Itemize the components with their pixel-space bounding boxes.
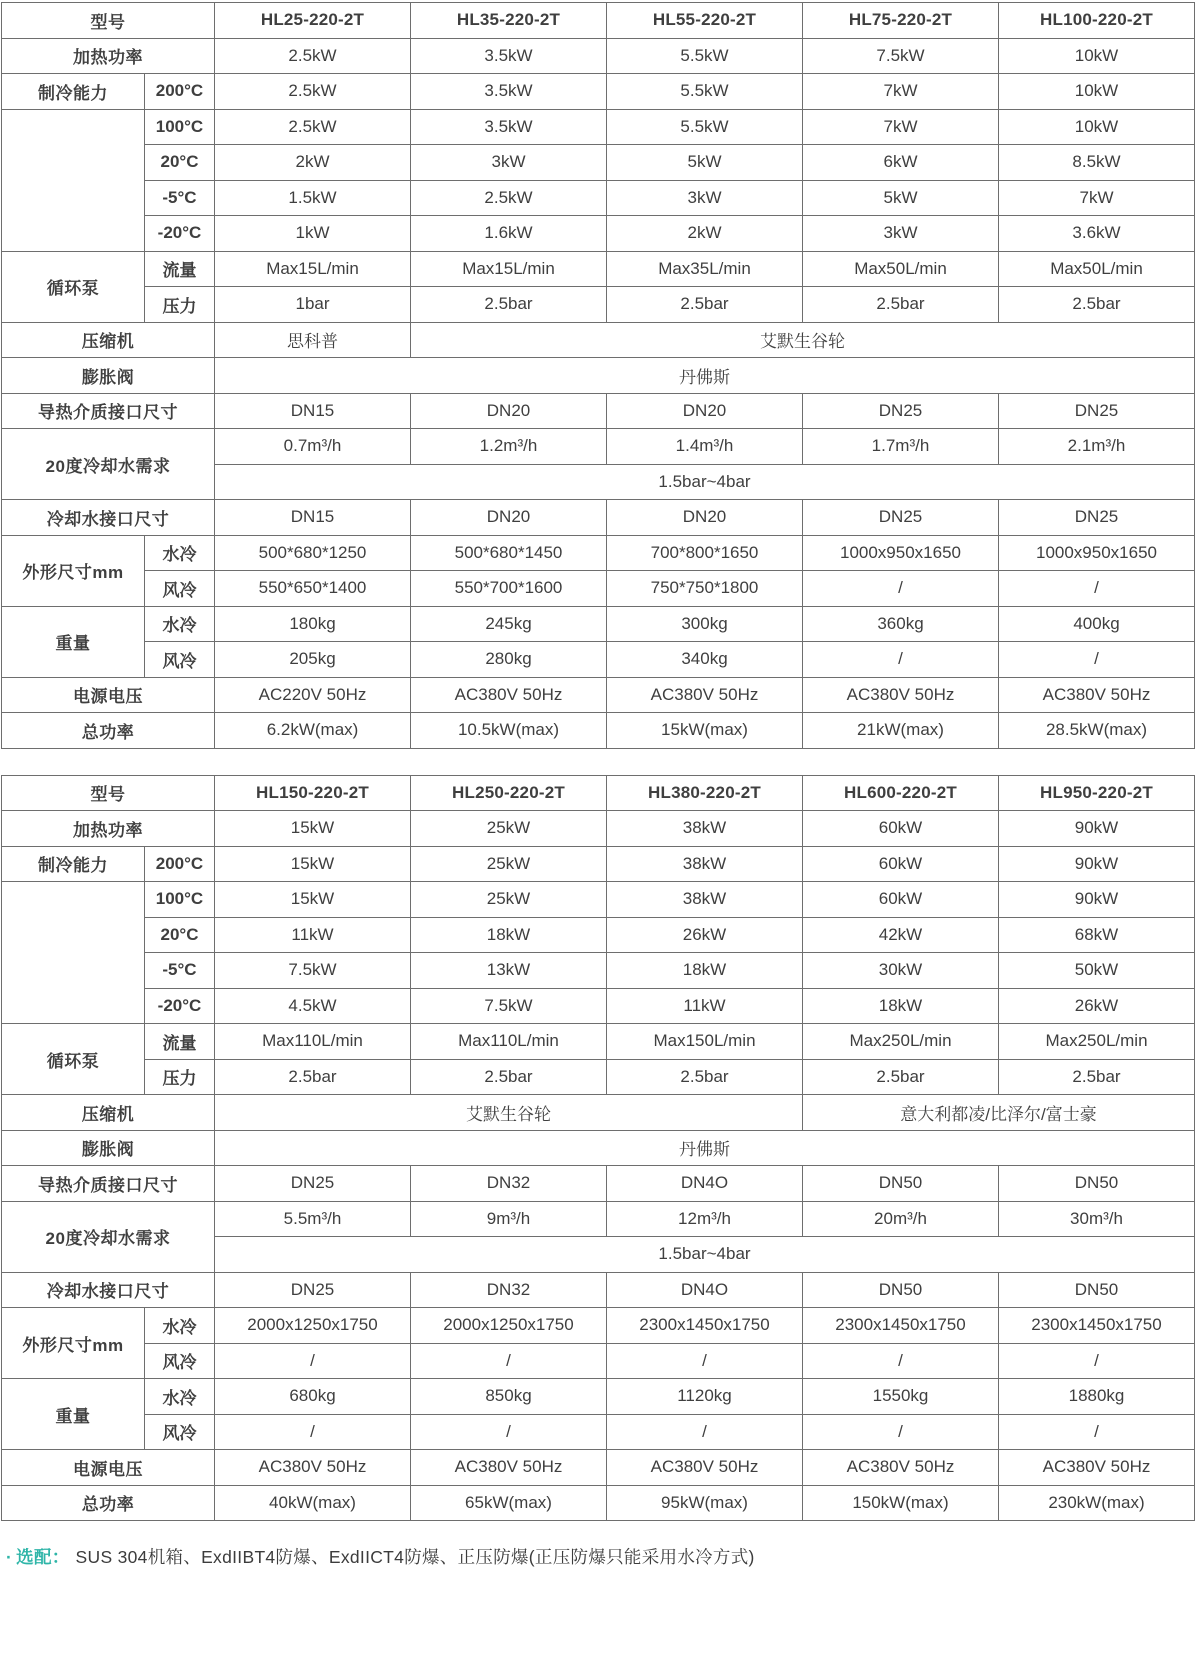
spec-value-cell: 40kW(max) xyxy=(215,1485,411,1521)
spec-value-cell: 3.6kW xyxy=(999,216,1195,252)
table-row: 电源电压AC220V 50HzAC380V 50HzAC380V 50HzAC3… xyxy=(2,677,1195,713)
spec-value-cell: 8.5kW xyxy=(999,145,1195,181)
spec-value-cell: Max250L/min xyxy=(803,1024,999,1060)
spec-value-cell: 68kW xyxy=(999,917,1195,953)
spec-value-cell: 1.4m³/h xyxy=(607,429,803,465)
table-row: 循环泵流量Max15L/minMax15L/minMax35L/minMax50… xyxy=(2,251,1195,287)
spec-value-cell: 65kW(max) xyxy=(411,1485,607,1521)
spec-value-cell: DN25 xyxy=(999,500,1195,536)
spec-value-cell: DN25 xyxy=(215,1272,411,1308)
spec-value-cell: AC380V 50Hz xyxy=(803,677,999,713)
spec-value-cell: 2kW xyxy=(607,216,803,252)
spec-value-cell: 18kW xyxy=(803,988,999,1024)
spec-sheet: 型号HL25-220-2THL35-220-2THL55-220-2THL75-… xyxy=(0,0,1200,1670)
spec-value-cell: 12m³/h xyxy=(607,1201,803,1237)
spec-value-cell: 3.5kW xyxy=(411,109,607,145)
spec-value-cell: 25kW xyxy=(411,811,607,847)
spec-value-cell: Max110L/min xyxy=(215,1024,411,1060)
spec-value-cell: Max110L/min xyxy=(411,1024,607,1060)
table-row: 膨胀阀丹佛斯 xyxy=(2,358,1195,394)
table-row: 风冷205kg280kg340kg// xyxy=(2,642,1195,678)
spec-value-cell: 1.5bar~4bar xyxy=(215,1237,1195,1273)
table-row: 电源电压AC380V 50HzAC380V 50HzAC380V 50HzAC3… xyxy=(2,1450,1195,1486)
spec-value-cell: 2.5kW xyxy=(215,74,411,110)
spec-value-cell: 700*800*1650 xyxy=(607,535,803,571)
table-row: 重量水冷180kg245kg300kg360kg400kg xyxy=(2,606,1195,642)
spec-value-cell: 2000x1250x1750 xyxy=(215,1308,411,1344)
row-label-cell: 20度冷却水需求 xyxy=(2,429,215,500)
spec-value-cell: 150kW(max) xyxy=(803,1485,999,1521)
model-header-cell: HL250-220-2T xyxy=(411,775,607,811)
row-label-cell: 膨胀阀 xyxy=(2,358,215,394)
spec-value-cell: 5.5kW xyxy=(607,74,803,110)
spec-value-cell: AC380V 50Hz xyxy=(803,1450,999,1486)
table-row: 导热介质接口尺寸DN15DN20DN20DN25DN25 xyxy=(2,393,1195,429)
spec-value-cell: 15kW(max) xyxy=(607,713,803,749)
row-label-cell: 型号 xyxy=(2,775,215,811)
spec-value-cell: 2000x1250x1750 xyxy=(411,1308,607,1344)
table-row: 制冷能力200°C2.5kW3.5kW5.5kW7kW10kW xyxy=(2,74,1195,110)
sub-label-cell: 水冷 xyxy=(145,1379,215,1415)
table-row: 20度冷却水需求0.7m³/h1.2m³/h1.4m³/h1.7m³/h2.1m… xyxy=(2,429,1195,465)
spec-value-cell: DN20 xyxy=(411,393,607,429)
table-row: -5°C7.5kW13kW18kW30kW50kW xyxy=(2,953,1195,989)
label-spacer-cell xyxy=(2,109,145,251)
table-row: 20度冷却水需求5.5m³/h9m³/h12m³/h20m³/h30m³/h xyxy=(2,1201,1195,1237)
spec-value-cell: 6kW xyxy=(803,145,999,181)
spec-value-cell: 230kW(max) xyxy=(999,1485,1195,1521)
spec-value-cell: / xyxy=(999,642,1195,678)
spec-value-cell: 7.5kW xyxy=(803,38,999,74)
sub-label-cell: 风冷 xyxy=(145,642,215,678)
spec-value-cell: 340kg xyxy=(607,642,803,678)
spec-value-cell: 10kW xyxy=(999,74,1195,110)
spec-table-models-hl25-hl100: 型号HL25-220-2THL35-220-2THL55-220-2THL75-… xyxy=(1,2,1195,749)
sub-label-cell: 风冷 xyxy=(145,571,215,607)
spec-value-cell: 1550kg xyxy=(803,1379,999,1415)
spec-value-cell: 7kW xyxy=(803,74,999,110)
spec-value-cell: 3kW xyxy=(411,145,607,181)
spec-value-cell: 245kg xyxy=(411,606,607,642)
table-row: 20°C11kW18kW26kW42kW68kW xyxy=(2,917,1195,953)
spec-value-cell: 15kW xyxy=(215,882,411,918)
table-row: 100°C15kW25kW38kW60kW90kW xyxy=(2,882,1195,918)
spec-value-cell: DN50 xyxy=(803,1166,999,1202)
spec-value-cell: 7.5kW xyxy=(215,953,411,989)
spec-value-cell: DN4O xyxy=(607,1272,803,1308)
spec-value-cell: Max35L/min xyxy=(607,251,803,287)
spec-value-cell: 2300x1450x1750 xyxy=(803,1308,999,1344)
spec-value-cell: 13kW xyxy=(411,953,607,989)
spec-value-cell: DN32 xyxy=(411,1166,607,1202)
options-footnote: ·选配：SUS 304机箱、ExdIIBT4防爆、ExdIICT4防爆、正压防爆… xyxy=(6,1544,1200,1569)
spec-value-cell: 1120kg xyxy=(607,1379,803,1415)
spec-value-cell: 280kg xyxy=(411,642,607,678)
spec-value-cell: AC220V 50Hz xyxy=(215,677,411,713)
sub-label-cell: 压力 xyxy=(145,1059,215,1095)
row-label-cell: 20度冷却水需求 xyxy=(2,1201,215,1272)
spec-value-cell: 2.5bar xyxy=(607,1059,803,1095)
spec-value-cell: 205kg xyxy=(215,642,411,678)
spec-value-cell: 10.5kW(max) xyxy=(411,713,607,749)
spec-value-cell: 850kg xyxy=(411,1379,607,1415)
table-row: 循环泵流量Max110L/minMax110L/minMax150L/minMa… xyxy=(2,1024,1195,1060)
spec-value-cell: 6.2kW(max) xyxy=(215,713,411,749)
sub-label-cell: -20°C xyxy=(145,988,215,1024)
spec-value-cell: 5.5m³/h xyxy=(215,1201,411,1237)
table-row: 型号HL150-220-2THL250-220-2THL380-220-2THL… xyxy=(2,775,1195,811)
table-row: 风冷550*650*1400550*700*1600750*750*1800// xyxy=(2,571,1195,607)
spec-value-cell: 500*680*1450 xyxy=(411,535,607,571)
row-label-cell: 冷却水接口尺寸 xyxy=(2,500,215,536)
label-spacer-cell xyxy=(2,882,145,1024)
table-row: 20°C2kW3kW5kW6kW8.5kW xyxy=(2,145,1195,181)
spec-value-cell: 0.7m³/h xyxy=(215,429,411,465)
spec-value-cell: 20m³/h xyxy=(803,1201,999,1237)
table-row: -20°C1kW1.6kW2kW3kW3.6kW xyxy=(2,216,1195,252)
table-row: 导热介质接口尺寸DN25DN32DN4ODN50DN50 xyxy=(2,1166,1195,1202)
table-row: 压缩机艾默生谷轮意大利都凌/比泽尔/富士豪 xyxy=(2,1095,1195,1131)
spec-value-cell: 750*750*1800 xyxy=(607,571,803,607)
model-header-cell: HL35-220-2T xyxy=(411,3,607,39)
spec-value-cell: 2.5kW xyxy=(215,38,411,74)
spec-value-cell: 38kW xyxy=(607,846,803,882)
sub-label-cell: 水冷 xyxy=(145,606,215,642)
spec-value-cell: DN25 xyxy=(999,393,1195,429)
row-label-cell: 电源电压 xyxy=(2,1450,215,1486)
spec-value-cell: 26kW xyxy=(999,988,1195,1024)
spec-value-cell: 550*650*1400 xyxy=(215,571,411,607)
spec-value-cell: 11kW xyxy=(215,917,411,953)
sub-label-cell: -5°C xyxy=(145,180,215,216)
spec-value-cell: 26kW xyxy=(607,917,803,953)
spec-value-cell: 10kW xyxy=(999,109,1195,145)
spec-value-cell: 28.5kW(max) xyxy=(999,713,1195,749)
spec-value-cell: 2.5bar xyxy=(999,1059,1195,1095)
spec-value-cell: 丹佛斯 xyxy=(215,1130,1195,1166)
row-label-cell: 导热介质接口尺寸 xyxy=(2,1166,215,1202)
spec-value-cell: 25kW xyxy=(411,882,607,918)
spec-table-body: 型号HL150-220-2THL250-220-2THL380-220-2THL… xyxy=(2,775,1195,1521)
spec-value-cell: DN50 xyxy=(803,1272,999,1308)
spec-value-cell: 680kg xyxy=(215,1379,411,1415)
spec-value-cell: 2.5bar xyxy=(803,287,999,323)
spec-value-cell: 1.2m³/h xyxy=(411,429,607,465)
spec-value-cell: 2.5bar xyxy=(607,287,803,323)
spec-value-cell: 2.1m³/h xyxy=(999,429,1195,465)
spec-value-cell: 1.5kW xyxy=(215,180,411,216)
table-row: 膨胀阀丹佛斯 xyxy=(2,1130,1195,1166)
model-header-cell: HL25-220-2T xyxy=(215,3,411,39)
table-row: 风冷///// xyxy=(2,1414,1195,1450)
sub-label-cell: 流量 xyxy=(145,1024,215,1060)
row-label-cell: 制冷能力 xyxy=(2,74,145,110)
spec-value-cell: 7.5kW xyxy=(411,988,607,1024)
spec-value-cell: 3kW xyxy=(803,216,999,252)
spec-value-cell: 42kW xyxy=(803,917,999,953)
table-row: 加热功率15kW25kW38kW60kW90kW xyxy=(2,811,1195,847)
spec-value-cell: 90kW xyxy=(999,811,1195,847)
spec-value-cell: DN32 xyxy=(411,1272,607,1308)
spec-value-cell: 60kW xyxy=(803,811,999,847)
table-row: 100°C2.5kW3.5kW5.5kW7kW10kW xyxy=(2,109,1195,145)
row-label-cell: 重量 xyxy=(2,1379,145,1450)
model-header-cell: HL75-220-2T xyxy=(803,3,999,39)
spec-value-cell: / xyxy=(999,1343,1195,1379)
model-header-cell: HL950-220-2T xyxy=(999,775,1195,811)
spec-value-cell: 2300x1450x1750 xyxy=(607,1308,803,1344)
table-row: 制冷能力200°C15kW25kW38kW60kW90kW xyxy=(2,846,1195,882)
model-header-cell: HL600-220-2T xyxy=(803,775,999,811)
sub-label-cell: 风冷 xyxy=(145,1343,215,1379)
spec-value-cell: 500*680*1250 xyxy=(215,535,411,571)
model-header-cell: HL380-220-2T xyxy=(607,775,803,811)
spec-value-cell: AC380V 50Hz xyxy=(215,1450,411,1486)
spec-value-cell: 1kW xyxy=(215,216,411,252)
spec-value-cell: / xyxy=(999,571,1195,607)
spec-value-cell: 艾默生谷轮 xyxy=(411,322,1195,358)
table-row: 外形尺寸mm水冷500*680*1250500*680*1450700*800*… xyxy=(2,535,1195,571)
spec-value-cell: 2kW xyxy=(215,145,411,181)
spec-value-cell: 2.5bar xyxy=(411,1059,607,1095)
table-row: 重量水冷680kg850kg1120kg1550kg1880kg xyxy=(2,1379,1195,1415)
spec-value-cell: 25kW xyxy=(411,846,607,882)
table-row: 外形尺寸mm水冷2000x1250x17502000x1250x17502300… xyxy=(2,1308,1195,1344)
row-label-cell: 总功率 xyxy=(2,713,215,749)
spec-value-cell: Max15L/min xyxy=(411,251,607,287)
row-label-cell: 总功率 xyxy=(2,1485,215,1521)
spec-value-cell: 艾默生谷轮 xyxy=(215,1095,803,1131)
spec-value-cell: 550*700*1600 xyxy=(411,571,607,607)
sub-label-cell: 200°C xyxy=(145,846,215,882)
spec-value-cell: / xyxy=(215,1343,411,1379)
row-label-cell: 循环泵 xyxy=(2,1024,145,1095)
spec-value-cell: 180kg xyxy=(215,606,411,642)
table-row: 冷却水接口尺寸DN25DN32DN4ODN50DN50 xyxy=(2,1272,1195,1308)
spec-value-cell: DN25 xyxy=(803,500,999,536)
spec-value-cell: 38kW xyxy=(607,882,803,918)
spec-value-cell: DN20 xyxy=(411,500,607,536)
sub-label-cell: 100°C xyxy=(145,882,215,918)
spec-value-cell: AC380V 50Hz xyxy=(607,1450,803,1486)
spec-value-cell: DN50 xyxy=(999,1166,1195,1202)
spec-value-cell: 5kW xyxy=(607,145,803,181)
model-header-cell: HL100-220-2T xyxy=(999,3,1195,39)
spec-value-cell: 7kW xyxy=(999,180,1195,216)
model-header-cell: HL55-220-2T xyxy=(607,3,803,39)
spec-value-cell: 5.5kW xyxy=(607,38,803,74)
spec-value-cell: AC380V 50Hz xyxy=(607,677,803,713)
sub-label-cell: -20°C xyxy=(145,216,215,252)
spec-value-cell: / xyxy=(215,1414,411,1450)
spec-value-cell: 丹佛斯 xyxy=(215,358,1195,394)
spec-value-cell: 30m³/h xyxy=(999,1201,1195,1237)
spec-value-cell: Max15L/min xyxy=(215,251,411,287)
spec-value-cell: 意大利都凌/比泽尔/富士豪 xyxy=(803,1095,1195,1131)
spec-value-cell: 7kW xyxy=(803,109,999,145)
row-label-cell: 外形尺寸mm xyxy=(2,535,145,606)
spec-value-cell: 2.5bar xyxy=(803,1059,999,1095)
spec-value-cell: / xyxy=(803,1343,999,1379)
model-header-cell: HL150-220-2T xyxy=(215,775,411,811)
spec-value-cell: DN25 xyxy=(803,393,999,429)
table-row: 压力1bar2.5bar2.5bar2.5bar2.5bar xyxy=(2,287,1195,323)
row-label-cell: 型号 xyxy=(2,3,215,39)
spec-value-cell: / xyxy=(999,1414,1195,1450)
sub-label-cell: 流量 xyxy=(145,251,215,287)
sub-label-cell: 20°C xyxy=(145,917,215,953)
spec-value-cell: 360kg xyxy=(803,606,999,642)
spec-value-cell: 1bar xyxy=(215,287,411,323)
options-text: SUS 304机箱、ExdIIBT4防爆、ExdIICT4防爆、正压防爆(正压防… xyxy=(76,1547,755,1567)
table-row: 加热功率2.5kW3.5kW5.5kW7.5kW10kW xyxy=(2,38,1195,74)
spec-value-cell: 90kW xyxy=(999,846,1195,882)
spec-value-cell: 2.5bar xyxy=(215,1059,411,1095)
row-label-cell: 制冷能力 xyxy=(2,846,145,882)
spec-value-cell: Max150L/min xyxy=(607,1024,803,1060)
spec-value-cell: 9m³/h xyxy=(411,1201,607,1237)
spec-value-cell: 4.5kW xyxy=(215,988,411,1024)
spec-value-cell: / xyxy=(803,642,999,678)
row-label-cell: 导热介质接口尺寸 xyxy=(2,393,215,429)
spec-value-cell: 18kW xyxy=(411,917,607,953)
spec-value-cell: 18kW xyxy=(607,953,803,989)
spec-table-body: 型号HL25-220-2THL35-220-2THL55-220-2THL75-… xyxy=(2,3,1195,749)
spec-value-cell: / xyxy=(607,1343,803,1379)
table-row: 风冷///// xyxy=(2,1343,1195,1379)
sub-label-cell: 风冷 xyxy=(145,1414,215,1450)
spec-value-cell: / xyxy=(607,1414,803,1450)
spec-value-cell: 15kW xyxy=(215,811,411,847)
spec-value-cell: 300kg xyxy=(607,606,803,642)
spec-value-cell: AC380V 50Hz xyxy=(411,1450,607,1486)
spec-value-cell: 400kg xyxy=(999,606,1195,642)
spec-value-cell: DN20 xyxy=(607,393,803,429)
spec-value-cell: / xyxy=(803,1414,999,1450)
spec-value-cell: Max50L/min xyxy=(999,251,1195,287)
spec-value-cell: 2.5kW xyxy=(215,109,411,145)
row-label-cell: 压缩机 xyxy=(2,1095,215,1131)
spec-value-cell: 思科普 xyxy=(215,322,411,358)
spec-value-cell: 5.5kW xyxy=(607,109,803,145)
row-label-cell: 膨胀阀 xyxy=(2,1130,215,1166)
spec-value-cell: DN4O xyxy=(607,1166,803,1202)
spec-value-cell: 60kW xyxy=(803,846,999,882)
spec-value-cell: 60kW xyxy=(803,882,999,918)
spec-value-cell: 2.5bar xyxy=(411,287,607,323)
table-row: -20°C4.5kW7.5kW11kW18kW26kW xyxy=(2,988,1195,1024)
spec-value-cell: 1000x950x1650 xyxy=(999,535,1195,571)
spec-value-cell: 3.5kW xyxy=(411,74,607,110)
spec-value-cell: 30kW xyxy=(803,953,999,989)
spec-value-cell: DN15 xyxy=(215,500,411,536)
spec-value-cell: 95kW(max) xyxy=(607,1485,803,1521)
spec-value-cell: / xyxy=(411,1414,607,1450)
spec-value-cell: 2.5bar xyxy=(999,287,1195,323)
spec-value-cell: 15kW xyxy=(215,846,411,882)
spec-value-cell: 11kW xyxy=(607,988,803,1024)
bullet-icon: · xyxy=(6,1547,12,1567)
row-label-cell: 外形尺寸mm xyxy=(2,1308,145,1379)
row-label-cell: 冷却水接口尺寸 xyxy=(2,1272,215,1308)
spec-value-cell: Max250L/min xyxy=(999,1024,1195,1060)
spec-value-cell: 2.5kW xyxy=(411,180,607,216)
row-label-cell: 压缩机 xyxy=(2,322,215,358)
spec-value-cell: 1000x950x1650 xyxy=(803,535,999,571)
table-row: 型号HL25-220-2THL35-220-2THL55-220-2THL75-… xyxy=(2,3,1195,39)
spec-value-cell: 1.6kW xyxy=(411,216,607,252)
table-row: 总功率40kW(max)65kW(max)95kW(max)150kW(max)… xyxy=(2,1485,1195,1521)
spec-value-cell: 3.5kW xyxy=(411,38,607,74)
spec-table-models-hl150-hl950: 型号HL150-220-2THL250-220-2THL380-220-2THL… xyxy=(1,775,1195,1522)
spec-value-cell: DN15 xyxy=(215,393,411,429)
row-label-cell: 电源电压 xyxy=(2,677,215,713)
spec-value-cell: AC380V 50Hz xyxy=(999,1450,1195,1486)
spec-value-cell: 90kW xyxy=(999,882,1195,918)
spec-value-cell: AC380V 50Hz xyxy=(999,677,1195,713)
row-label-cell: 重量 xyxy=(2,606,145,677)
spec-value-cell: DN25 xyxy=(215,1166,411,1202)
spec-value-cell: 5kW xyxy=(803,180,999,216)
spec-value-cell: 21kW(max) xyxy=(803,713,999,749)
spec-value-cell: 1.7m³/h xyxy=(803,429,999,465)
sub-label-cell: 水冷 xyxy=(145,1308,215,1344)
spec-value-cell: 1.5bar~4bar xyxy=(215,464,1195,500)
table-row: 总功率6.2kW(max)10.5kW(max)15kW(max)21kW(ma… xyxy=(2,713,1195,749)
spec-value-cell: 1880kg xyxy=(999,1379,1195,1415)
spec-value-cell: AC380V 50Hz xyxy=(411,677,607,713)
row-label-cell: 加热功率 xyxy=(2,811,215,847)
options-label: 选配： xyxy=(16,1547,69,1567)
spec-value-cell: Max50L/min xyxy=(803,251,999,287)
row-label-cell: 循环泵 xyxy=(2,251,145,322)
table-row: 冷却水接口尺寸DN15DN20DN20DN25DN25 xyxy=(2,500,1195,536)
table-row: 压力2.5bar2.5bar2.5bar2.5bar2.5bar xyxy=(2,1059,1195,1095)
spec-value-cell: DN20 xyxy=(607,500,803,536)
sub-label-cell: 100°C xyxy=(145,109,215,145)
row-label-cell: 加热功率 xyxy=(2,38,215,74)
sub-label-cell: -5°C xyxy=(145,953,215,989)
spec-value-cell: 50kW xyxy=(999,953,1195,989)
spec-value-cell: DN50 xyxy=(999,1272,1195,1308)
sub-label-cell: 200°C xyxy=(145,74,215,110)
sub-label-cell: 压力 xyxy=(145,287,215,323)
sub-label-cell: 水冷 xyxy=(145,535,215,571)
spec-value-cell: 3kW xyxy=(607,180,803,216)
spec-value-cell: 2300x1450x1750 xyxy=(999,1308,1195,1344)
table-row: 压缩机思科普艾默生谷轮 xyxy=(2,322,1195,358)
spec-value-cell: 10kW xyxy=(999,38,1195,74)
sub-label-cell: 20°C xyxy=(145,145,215,181)
spec-value-cell: 38kW xyxy=(607,811,803,847)
table-row: -5°C1.5kW2.5kW3kW5kW7kW xyxy=(2,180,1195,216)
spec-value-cell: / xyxy=(411,1343,607,1379)
spec-value-cell: / xyxy=(803,571,999,607)
